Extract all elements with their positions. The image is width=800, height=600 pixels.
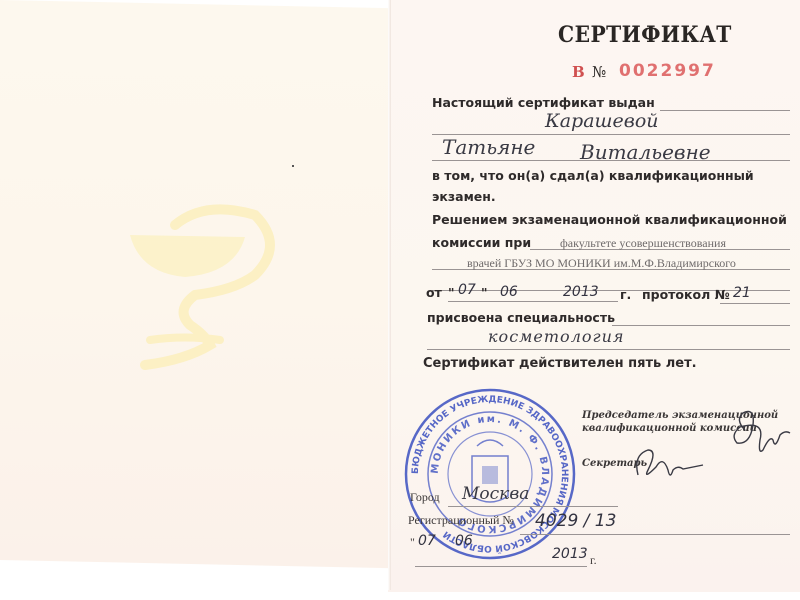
commission-line-1: факультете усовершенствования: [560, 236, 726, 251]
chairman-signature-icon: [725, 405, 795, 465]
registration-label: Регистрационный №: [408, 513, 514, 528]
date-prefix: от: [426, 285, 442, 300]
underline: [520, 534, 790, 535]
secretary-signature-icon: [628, 445, 708, 485]
registration-number: 4029 / 13: [535, 511, 616, 531]
city-value: Москва: [462, 484, 529, 504]
protocol-number: 21: [733, 285, 751, 301]
date-year: 2013: [563, 284, 599, 300]
specialty-label: присвоена специальность: [427, 310, 615, 325]
underline: [427, 349, 790, 350]
reg-date-open-quote: ": [410, 535, 415, 550]
underline: [720, 303, 790, 304]
underline: [660, 110, 790, 111]
commission-line-2: врачей ГБУЗ МО МОНИКИ им.М.Ф.Владимирско…: [467, 256, 736, 271]
date-day: 07: [458, 282, 476, 298]
underline: [612, 325, 790, 326]
certificate-title: СЕРТИФИКАТ: [558, 22, 732, 48]
registration-date-suffix: г.: [590, 553, 597, 568]
underline: [432, 160, 790, 161]
serial-prefix: В: [572, 63, 585, 81]
issued-to-label: Настоящий сертификат выдан: [432, 95, 655, 110]
date-year-suffix: г.: [620, 287, 631, 302]
bowl-of-hygieia-icon: [125, 195, 285, 375]
underline: [415, 566, 587, 567]
registration-date-year: 2013: [552, 546, 588, 562]
decision-text-line-2: комиссии при: [432, 235, 531, 250]
underline: [448, 301, 618, 302]
specialty-value: косметология: [488, 327, 625, 346]
city-label: Город: [410, 490, 440, 505]
date-open-quote: ": [448, 285, 455, 300]
protocol-label: протокол №: [642, 287, 730, 302]
date-month: 06: [500, 284, 518, 300]
decision-text-line-1: Решением экзаменационной квалификационно…: [432, 212, 787, 227]
underline: [448, 506, 618, 507]
page-fold: [388, 0, 391, 590]
speck: [292, 165, 294, 167]
recipient-surname: Карашевой: [545, 110, 659, 132]
registration-date-day: 07: [418, 533, 436, 549]
validity-text: Сертификат действителен пять лет.: [423, 356, 697, 371]
date-close-quote: ": [481, 285, 488, 300]
recipient-name: Татьяне: [442, 135, 535, 159]
exam-text-line-1: в том, что он(а) сдал(а) квалификационны…: [432, 168, 754, 183]
serial-number-sign: №: [592, 63, 606, 81]
serial-number: 0022997: [619, 61, 716, 81]
registration-date-month: 06: [455, 533, 473, 549]
exam-text-line-2: экзамен.: [432, 189, 496, 204]
